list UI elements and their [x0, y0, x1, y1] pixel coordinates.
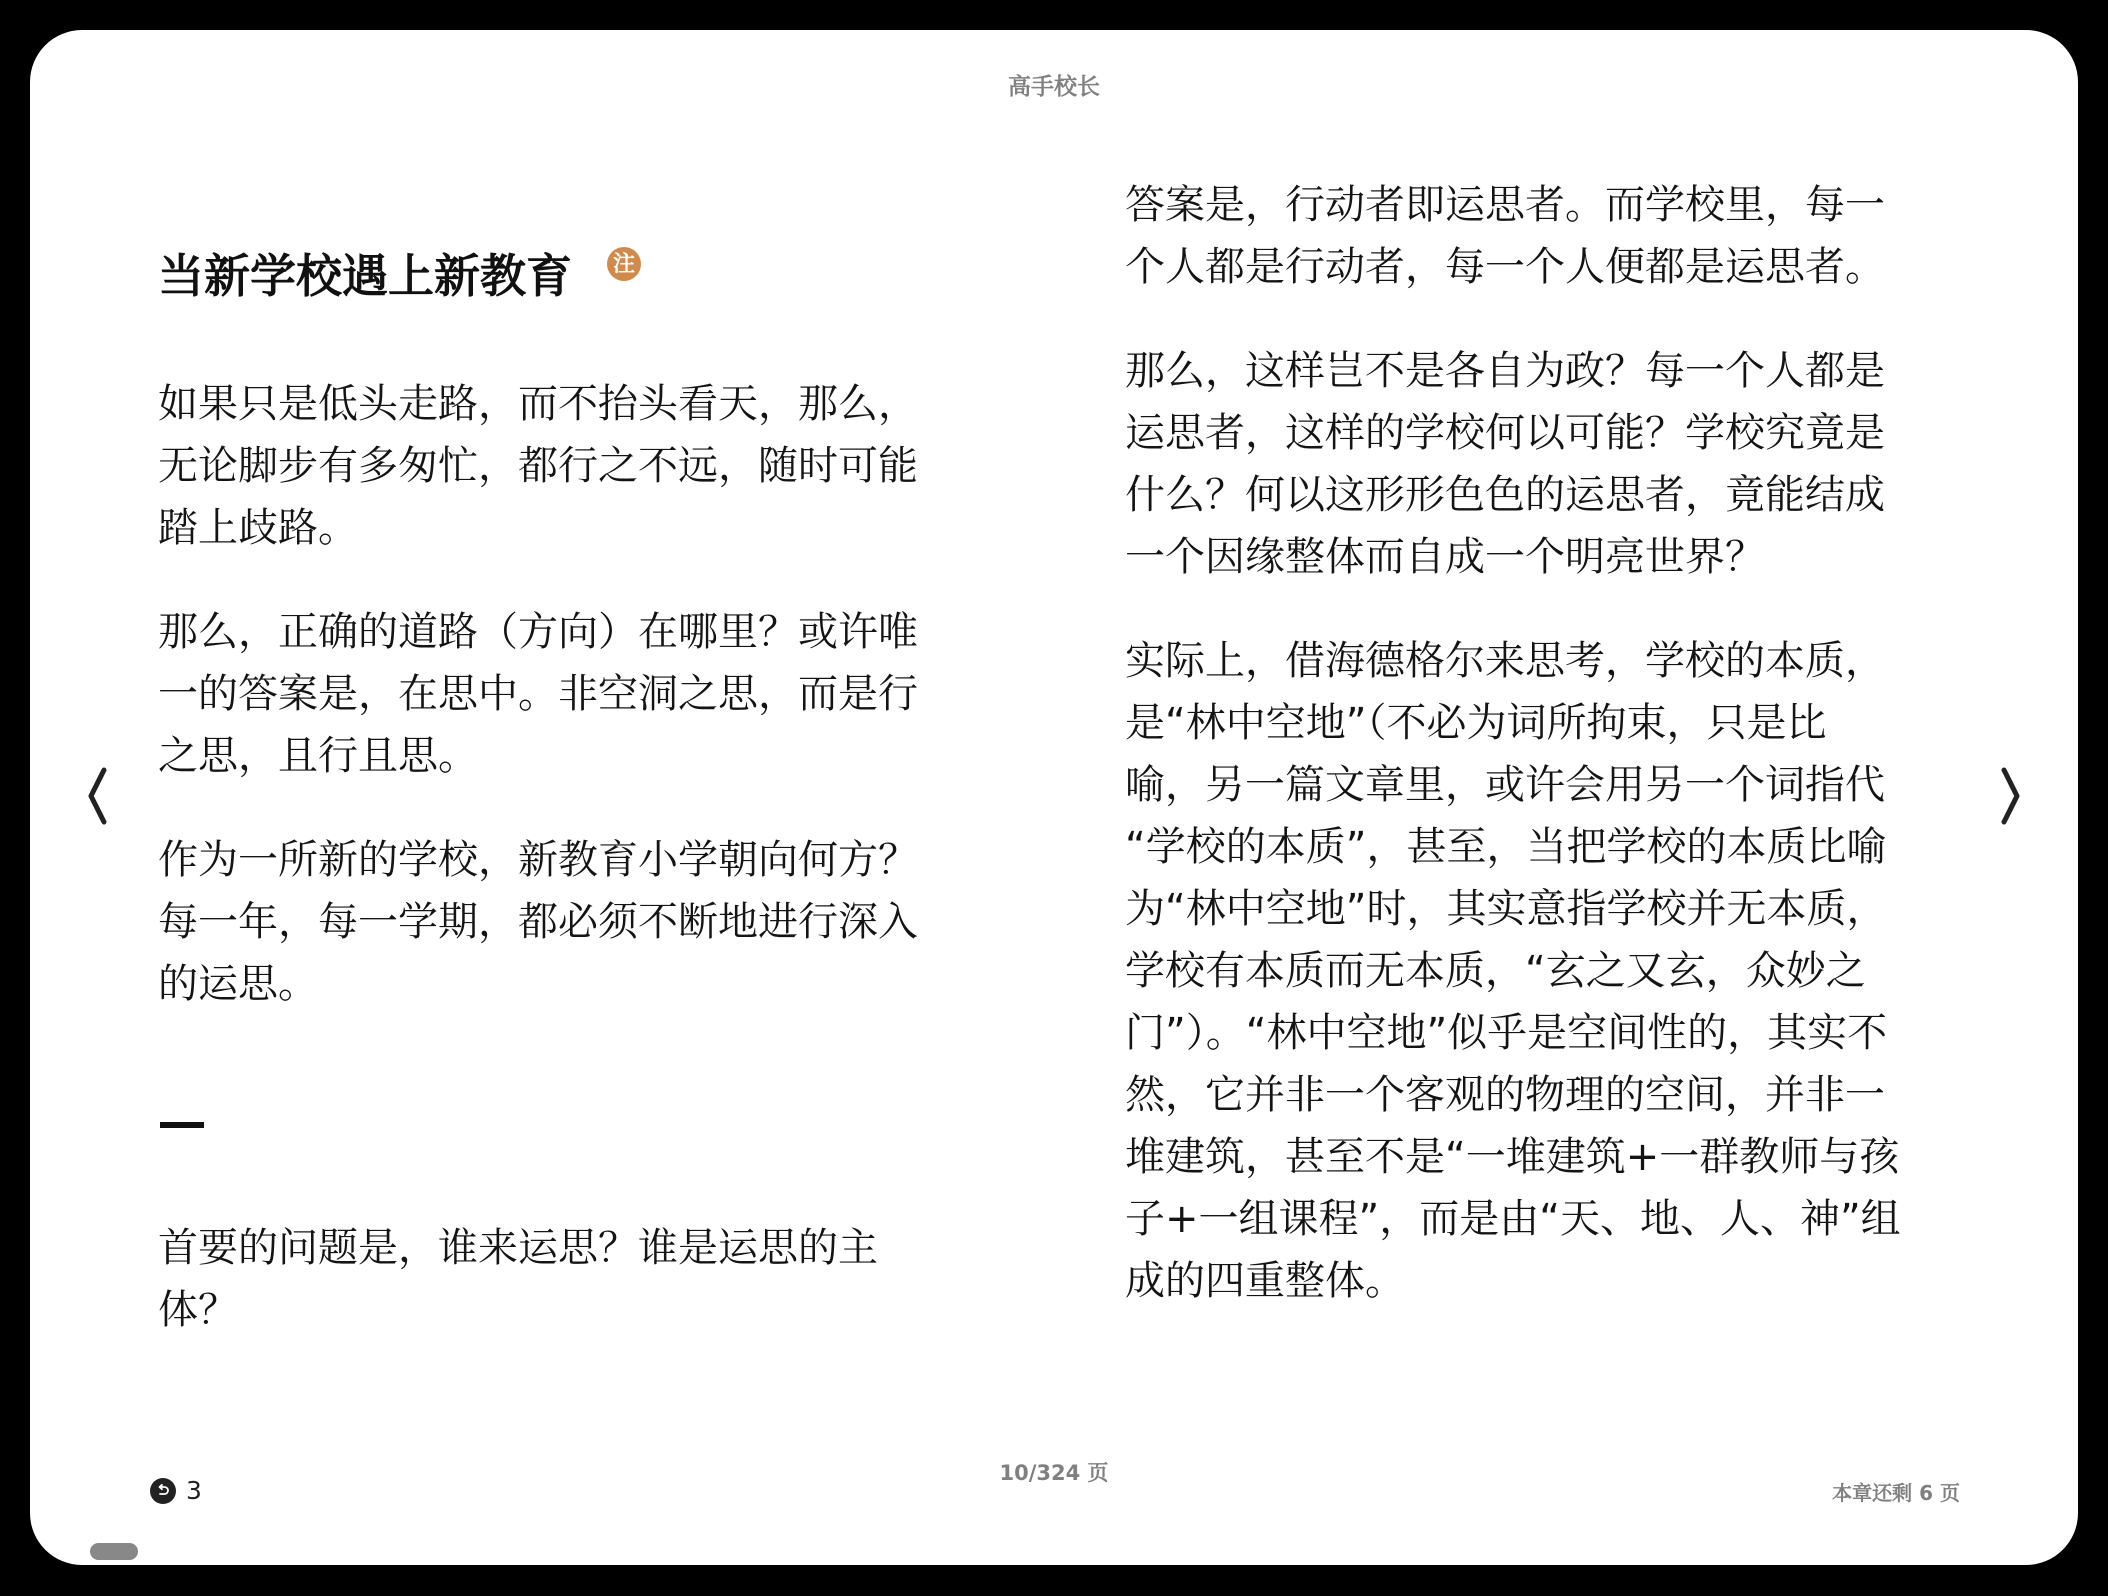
text-line: 之思，且行且思。: [158, 731, 478, 781]
text-line: 堆建筑，甚至不是“一堆建筑+一群教师与孩: [1125, 1132, 1899, 1182]
page-indicator: 10/324 页: [0, 1457, 2108, 1487]
text-line: 每一年，每一学期，都必须不断地进行深入: [158, 897, 918, 947]
text-line: 一的答案是，在思中。非空洞之思，而是行: [158, 669, 918, 719]
text-line: 一个因缘整体而自成一个明亮世界？: [1125, 532, 1765, 582]
text-line: 那么，正确的道路（方向）在哪里？或许唯: [158, 607, 918, 657]
text-line: 子+一组课程”，而是由“天、地、人、神”组: [1125, 1194, 1901, 1244]
text-line: 为“林中空地”时，其实意指学校并无本质，: [1125, 884, 1886, 934]
chapter-title: 当新学校遇上新教育: [158, 248, 572, 304]
note-badge[interactable]: 注: [607, 247, 641, 281]
chevron-right-icon: [1999, 767, 2021, 829]
text-line: 体？: [158, 1285, 238, 1335]
text-line: 作为一所新的学校，新教育小学朝向何方？: [158, 835, 918, 885]
text-line: 如果只是低头走路，而不抬头看天，那么，: [158, 379, 918, 429]
text-line: 门”）。“林中空地”似乎是空间性的，其实不: [1125, 1008, 1887, 1058]
text-line: 运思者，这样的学校何以可能？学校究竟是: [1125, 408, 1885, 458]
text-line: 无论脚步有多匆忙，都行之不远，随时可能: [158, 441, 918, 491]
book-title: 高手校长: [0, 68, 2108, 101]
text-line: 是“林中空地”（不必为词所拘束，只是比: [1125, 698, 1826, 748]
section-marker: [160, 1122, 204, 1128]
text-line: 的运思。: [158, 959, 318, 1009]
text-line: 那么，这样岂不是各自为政？每一个人都是: [1125, 346, 1885, 396]
text-line: 成的四重整体。: [1125, 1256, 1405, 1306]
chapter-remaining-pages: 本章还剩 6 页: [1800, 1477, 1960, 1506]
text-line: 什么？何以这形形色色的运思者，竟能结成: [1125, 470, 1885, 520]
text-line: 首要的问题是，谁来运思？谁是运思的主: [158, 1223, 878, 1273]
text-line: 个人都是行动者，每一个人便都是运思者。: [1125, 242, 1885, 292]
text-line: 实际上，借海德格尔来思考，学校的本质，: [1125, 636, 1885, 686]
next-page-button[interactable]: [1990, 763, 2030, 833]
text-line: 学校有本质而无本质，“玄之又玄，众妙之: [1125, 946, 1866, 996]
text-line: 然，它并非一个客观的物理的空间，并非一: [1125, 1070, 1885, 1120]
text-line: 答案是，行动者即运思者。而学校里，每一: [1125, 180, 1885, 230]
previous-page-button[interactable]: [78, 763, 118, 833]
text-line: “学校的本质”，甚至，当把学校的本质比喻: [1125, 822, 1886, 872]
chevron-left-icon: [87, 767, 109, 829]
text-line: 踏上歧路。: [158, 503, 358, 553]
text-line: 喻，另一篇文章里，或许会用另一个词指代: [1125, 760, 1885, 810]
drag-handle[interactable]: [90, 1543, 138, 1560]
